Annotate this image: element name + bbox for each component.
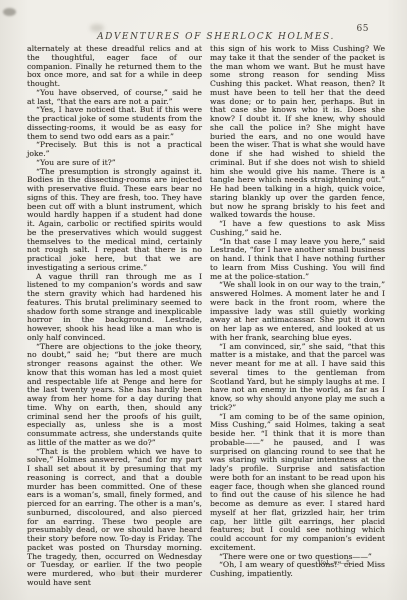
volume-signature: Vol. v.—5. bbox=[318, 560, 353, 567]
paragraph: this sign of his work to Miss Cushing? W… bbox=[210, 45, 385, 220]
paragraph: alternately at these dreadful relics and… bbox=[27, 45, 202, 89]
right-column: this sign of his work to Miss Cushing? W… bbox=[210, 45, 385, 588]
paragraph: “I am coming to be of the same opinion, … bbox=[210, 413, 385, 553]
paragraph: “The presumption is strongly against it.… bbox=[27, 168, 202, 273]
ink-smudge-top-left bbox=[3, 8, 16, 16]
page-title: ADVENTURES OF SHERLOCK HOLMES. bbox=[97, 32, 335, 42]
paragraph: “Oh, I am weary of questions!” cried Mis… bbox=[210, 561, 385, 579]
paragraph: “There are objections to the joke theory… bbox=[27, 343, 202, 448]
running-header: ADVENTURES OF SHERLOCK HOLMES. 65 bbox=[27, 24, 385, 36]
text-columns: alternately at these dreadful relics and… bbox=[27, 45, 385, 588]
paragraph: “You have observed, of course,” said he … bbox=[27, 89, 202, 107]
paragraph: “I have a few questions to ask Miss Cush… bbox=[210, 220, 385, 238]
paragraph: “In that case I may leave you here,” sai… bbox=[210, 238, 385, 282]
paragraph: “That is the problem which we have to so… bbox=[27, 448, 202, 588]
paragraph: A vague thrill ran through me as I liste… bbox=[27, 273, 202, 343]
paragraph: “Yes, I have noticed that. But if this w… bbox=[27, 106, 202, 141]
paragraph: “I am convinced, sir,” she said, “that t… bbox=[210, 343, 385, 413]
left-column: alternately at these dreadful relics and… bbox=[27, 45, 202, 588]
book-page: ADVENTURES OF SHERLOCK HOLMES. 65 altern… bbox=[0, 0, 407, 600]
page-number: 65 bbox=[357, 24, 369, 34]
paragraph: “Precisely. But this is not a practical … bbox=[27, 141, 202, 159]
paragraph: “We shall look in on our way to the trai… bbox=[210, 281, 385, 342]
